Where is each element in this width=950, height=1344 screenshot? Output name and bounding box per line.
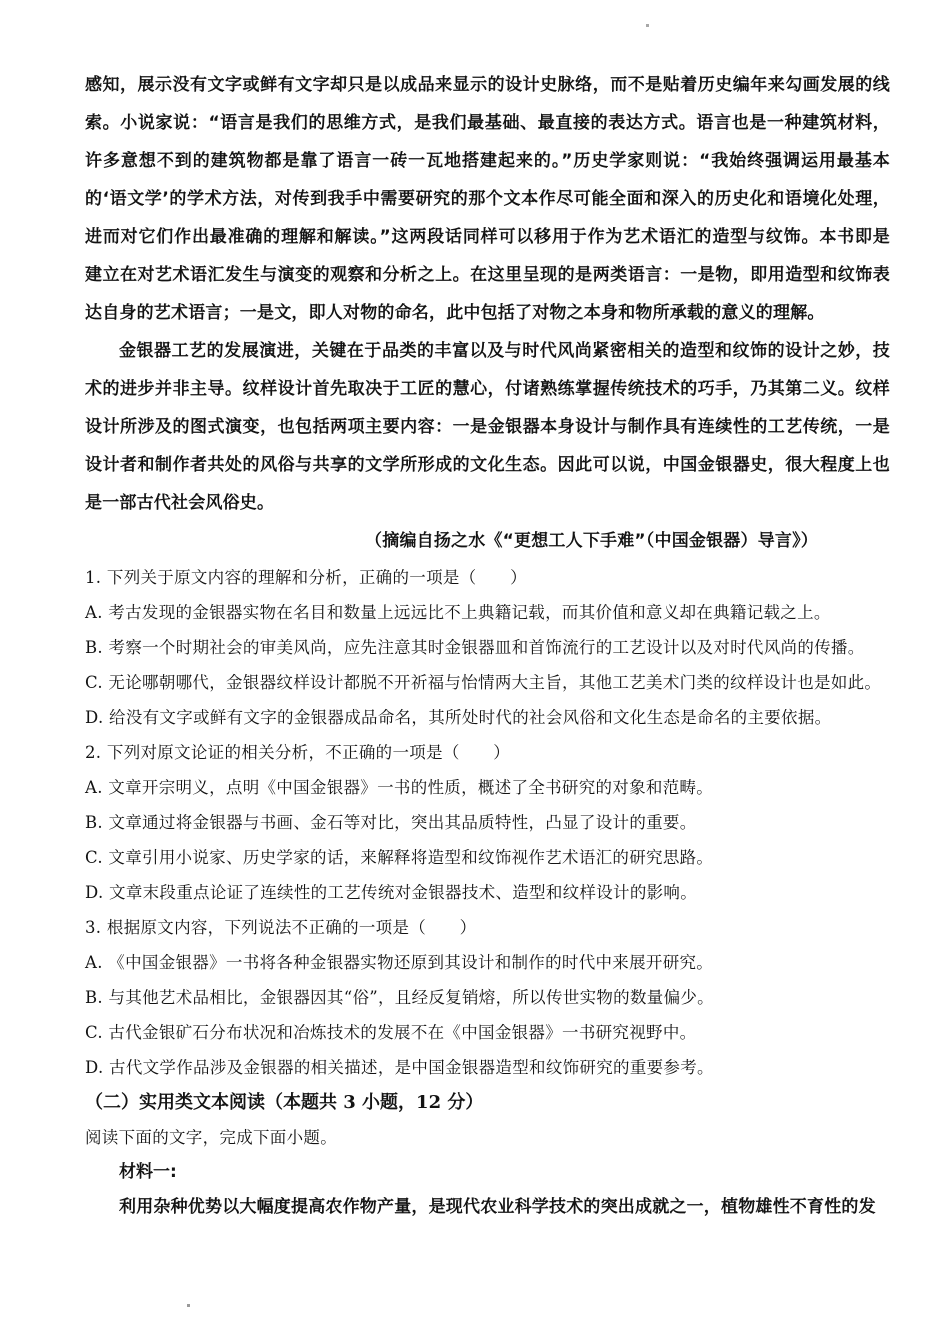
passage-attribution: （摘编自扬之水《“更想工人下手难”（中国金银器）导言》） [85,522,890,560]
passage-line: 的‘语文学’的学术方法，对传到我手中需要研究的那个文本作尽可能全面和深入的历史化… [85,180,890,218]
question-3-option-a: A. 《中国金银器》一书将各种金银器实物还原到其设计和制作的时代中来展开研究。 [85,945,890,980]
passage-line: 进而对它们作出最准确的理解和解读。”这两段话同样可以移用于作为艺术语汇的造型与纹… [85,218,890,256]
passage-line: 设计所涉及的图式演变，也包括两项主要内容：一是金银器本身设计与制作具有连续性的工… [85,408,890,446]
question-3-option-b: B. 与其他艺术品相比，金银器因其“俗”，且经反复销熔，所以传世实物的数量偏少。 [85,980,890,1015]
scan-artifact-dot [187,1304,190,1307]
question-2-option-c: C. 文章引用小说家、历史学家的话，来解释将造型和纹饰视作艺术语汇的研究思路。 [85,840,890,875]
page-content: 感知，展示没有文字或鲜有文字却只是以成品来显示的设计史脉络，而不是贴着历史编年来… [85,66,890,1225]
question-1-option-d: D. 给没有文字或鲜有文字的金银器成品命名，其所处时代的社会风俗和文化生态是命名… [85,700,890,735]
material-one-line: 利用杂种优势以大幅度提高农作物产量，是现代农业科学技术的突出成就之一，植物雄性不… [85,1190,890,1225]
section-two-heading: （二）实用类文本阅读（本题共 3 小题，12 分） [85,1085,890,1120]
question-3-option-d: D. 古代文学作品涉及金银器的相关描述，是中国金银器造型和纹饰研究的重要参考。 [85,1050,890,1085]
question-1-option-b: B. 考察一个时期社会的审美风尚，应先注意其时金银器皿和首饰流行的工艺设计以及对… [85,630,890,665]
passage-line: 设计者和制作者共处的风俗与共享的文学所形成的文化生态。因此可以说，中国金银器史，… [85,446,890,484]
scan-artifact-dot [646,24,649,27]
question-1-stem: 1. 下列关于原文内容的理解和分析，正确的一项是（ ） [85,560,890,595]
question-2-option-d: D. 文章末段重点论证了连续性的工艺传统对金银器技术、造型和纹样设计的影响。 [85,875,890,910]
passage-line: 金银器工艺的发展演进，关键在于品类的丰富以及与时代风尚紧密相关的造型和纹饰的设计… [85,332,890,370]
passage-line: 索。小说家说：“语言是我们的思维方式，是我们最基础、最直接的表达方式。语言也是一… [85,104,890,142]
section-two: （二）实用类文本阅读（本题共 3 小题，12 分） 阅读下面的文字，完成下面小题… [85,1085,890,1225]
question-1-option-c: C. 无论哪朝哪代，金银器纹样设计都脱不开祈福与怡情两大主旨，其他工艺美术门类的… [85,665,890,700]
exam-page: 感知，展示没有文字或鲜有文字却只是以成品来显示的设计史脉络，而不是贴着历史编年来… [0,0,950,1344]
passage-line: 是一部古代社会风俗史。 [85,484,890,522]
passage-line: 术的进步并非主导。纹样设计首先取决于工匠的慧心，付诸熟练掌握传统技术的巧手，乃其… [85,370,890,408]
reading-passage: 感知，展示没有文字或鲜有文字却只是以成品来显示的设计史脉络，而不是贴着历史编年来… [85,66,890,560]
passage-line: 许多意想不到的建筑物都是靠了语言一砖一瓦地搭建起来的。”历史学家则说：“我始终强… [85,142,890,180]
question-3-option-c: C. 古代金银矿石分布状况和冶炼技术的发展不在《中国金银器》一书研究视野中。 [85,1015,890,1050]
question-2-stem: 2. 下列对原文论证的相关分析，不正确的一项是（ ） [85,735,890,770]
question-2-option-b: B. 文章通过将金银器与书画、金石等对比，突出其品质特性，凸显了设计的重要。 [85,805,890,840]
question-3-stem: 3. 根据原文内容，下列说法不正确的一项是（ ） [85,910,890,945]
passage-line: 建立在对艺术语汇发生与演变的观察和分析之上。在这里呈现的是两类语言：一是物，即用… [85,256,890,294]
question-1-option-a: A. 考古发现的金银器实物在名目和数量上远远比不上典籍记载，而其价值和意义却在典… [85,595,890,630]
passage-line: 达自身的艺术语言；一是文，即人对物的命名，此中包括了对物之本身和物所承载的意义的… [85,294,890,332]
passage-line: 感知，展示没有文字或鲜有文字却只是以成品来显示的设计史脉络，而不是贴着历史编年来… [85,66,890,104]
section-two-intro: 阅读下面的文字，完成下面小题。 [85,1120,890,1155]
material-one-label: 材料一: [85,1155,890,1190]
questions-block: 1. 下列关于原文内容的理解和分析，正确的一项是（ ） A. 考古发现的金银器实… [85,560,890,1085]
question-2-option-a: A. 文章开宗明义，点明《中国金银器》一书的性质，概述了全书研究的对象和范畴。 [85,770,890,805]
